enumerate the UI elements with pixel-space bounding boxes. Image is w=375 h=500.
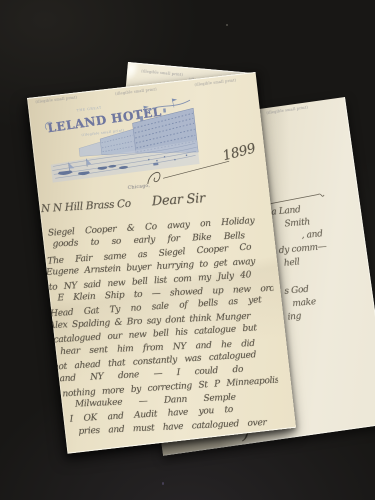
salutation-line: N N Hill Brass Co Dear Sir <box>40 187 205 216</box>
dust-speck <box>226 24 228 26</box>
handwritten-year: 1899 <box>221 140 257 164</box>
dust-speck <box>162 482 164 485</box>
letter-body: Siegel Cooper & Co away on Holiday goods… <box>44 215 281 441</box>
letterhead-overline-text: THE GREAT <box>77 106 103 113</box>
letter-sheet-front: (illegible small print) (illegible small… <box>27 72 296 454</box>
photo-of-antique-letters: (illegible small print) t a Land Smith ,… <box>0 0 375 500</box>
greeting: Dear Sir <box>151 191 205 209</box>
addressee-name: N N Hill Brass Co <box>41 198 132 215</box>
paper-corner-glint <box>119 62 142 83</box>
letterhead-small-print: (illegible small print) <box>141 69 175 76</box>
letterhead-small-print: (illegible small print) <box>194 78 234 87</box>
